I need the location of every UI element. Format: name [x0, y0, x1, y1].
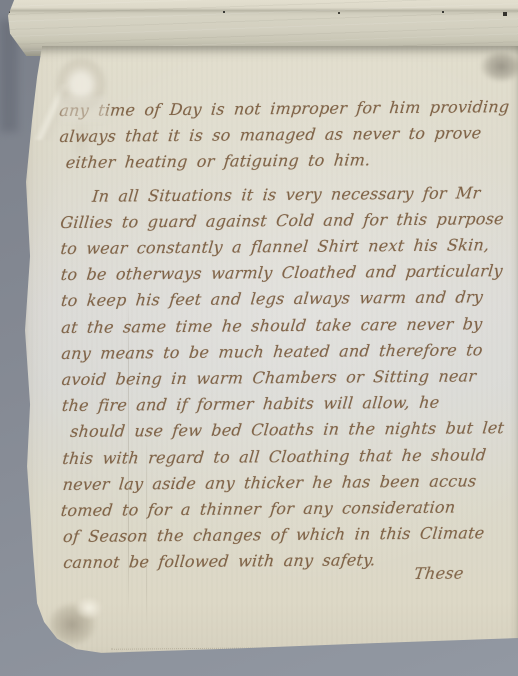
handwriting-line: to keep his feet and legs always warm an… [60, 284, 518, 314]
manuscript-text: any time of Day is not improper for him … [58, 94, 518, 577]
handwriting-line: should use few bed Cloaths in the nights… [69, 415, 518, 445]
ink-smudge-top-right [476, 52, 518, 84]
handwriting-line: Gillies to guard against Cold and for th… [59, 206, 518, 236]
handwriting-line: In all Situations it is very necessary f… [59, 180, 518, 210]
handwriting-line: any means to be much heated and therefor… [60, 337, 518, 367]
thumb-smudge-highlight [72, 594, 106, 622]
manuscript-page: any time of Day is not improper for him … [16, 46, 518, 664]
catchword: These [412, 560, 465, 587]
photograph-of-manuscript: any time of Day is not improper for him … [0, 0, 518, 676]
handwriting-line: never lay aside any thicker he has been … [61, 468, 518, 498]
handwriting-line: either heating or fatiguing to him. [65, 146, 518, 176]
handwriting-line: at the same time he should take care nev… [60, 311, 518, 341]
handwriting-line: this with regard to all Cloathing that h… [61, 442, 518, 472]
faded-ink-patch [60, 96, 108, 122]
